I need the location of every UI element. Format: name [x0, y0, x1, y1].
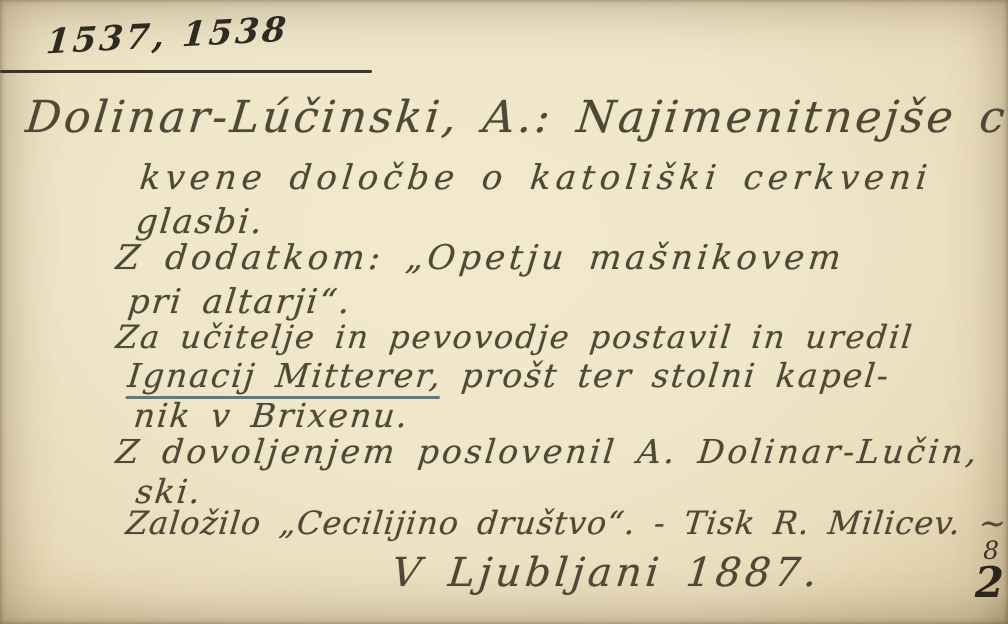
- underlined-editor-name: Ignacij Mitterer,: [126, 356, 445, 399]
- title-line-2: kvene določbe o katoliški cerkveni: [138, 158, 934, 198]
- catalog-numbers: 1537, 1538: [44, 10, 290, 63]
- place-date-line: V Ljubljani 1887.: [390, 550, 824, 596]
- publisher-printer-line: Založilo „Cecilijino društvo“. - Tisk R.…: [124, 504, 1008, 542]
- header-rule: [0, 70, 372, 73]
- editor-note-line: Za učitelje in pevovodje postavil in ure…: [114, 318, 916, 356]
- editor-name-line: Ignacij Mitterer, prošt ter stolni kapel…: [126, 356, 892, 395]
- title-line-3: glasbi.: [134, 202, 266, 242]
- title-line-author: Dolinar-Lúčinski, A.: Najimenitnejše cer…: [23, 92, 1008, 143]
- supplement-line-2: pri altarji“.: [126, 282, 354, 322]
- editor-title-text: prošt ter stolni kapel-: [440, 356, 892, 395]
- catalog-card: 1537, 1538 Dolinar-Lúčinski, A.: Najimen…: [0, 0, 1008, 624]
- edge-number-bottom: 2: [975, 558, 1004, 607]
- translator-line-1: Z dovoljenjem poslovenil A. Dolinar-Luči…: [114, 432, 982, 471]
- editor-location-line: nik v Brixenu.: [132, 396, 411, 435]
- supplement-line-1: Z dodatkom: „Opetju mašnikovem: [114, 238, 847, 278]
